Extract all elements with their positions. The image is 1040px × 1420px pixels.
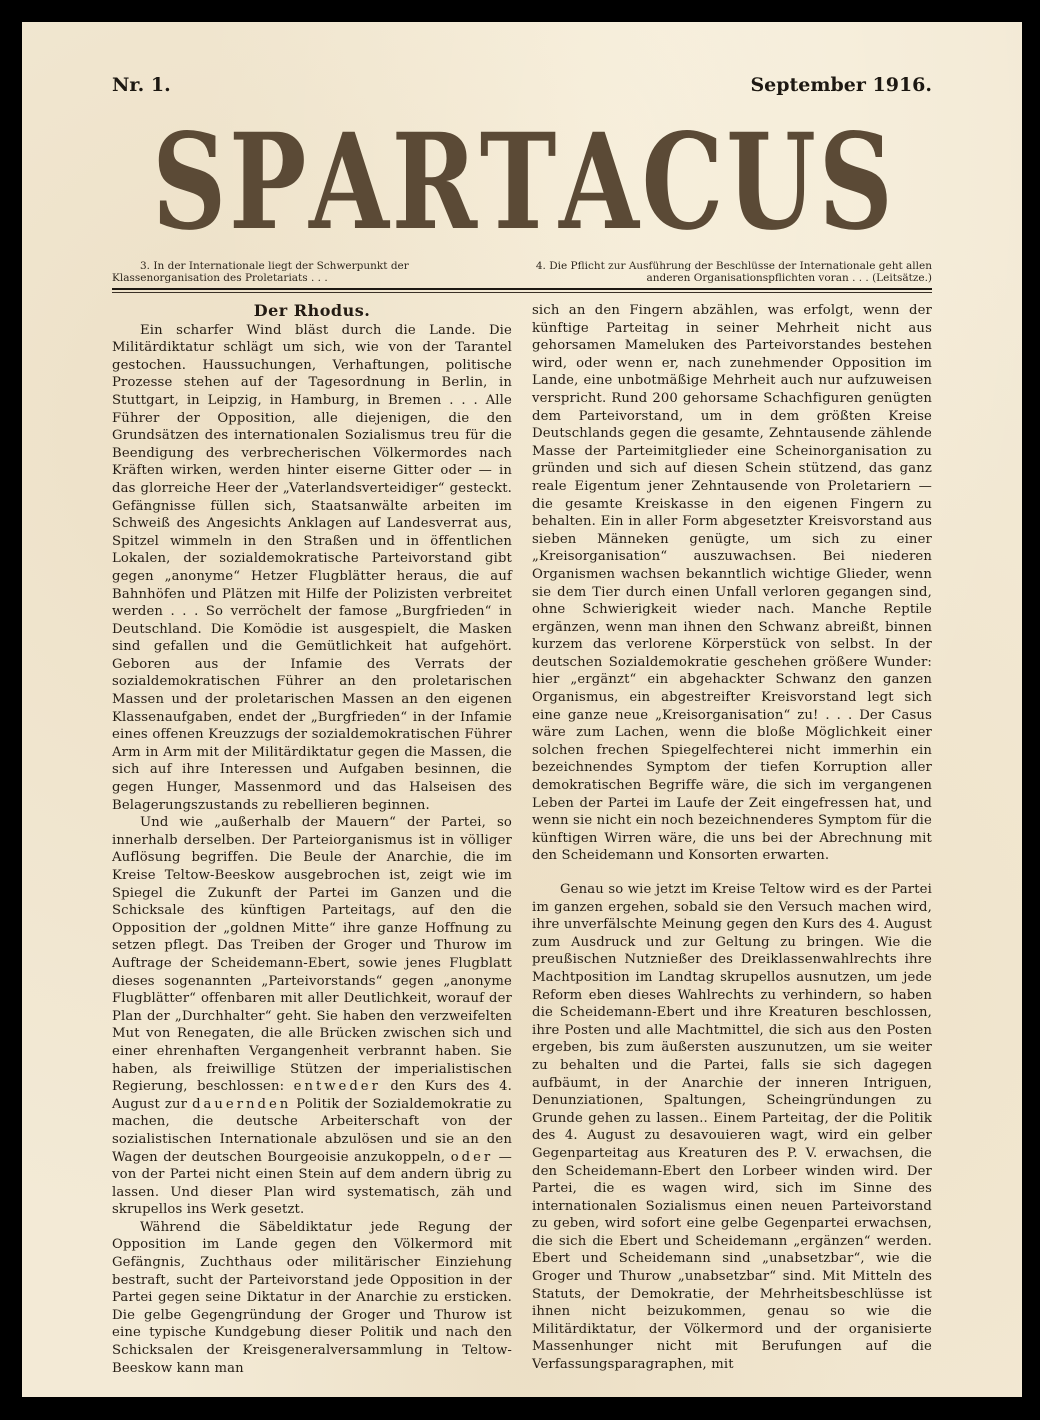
paragraph: Ein scharfer Wind bläst durch die Lande.… <box>112 322 512 815</box>
issue-date: September 1916. <box>750 74 932 96</box>
motto-right: 4. Die Pflicht zur Ausführung der Beschl… <box>532 260 932 284</box>
title-letter: A <box>309 105 389 260</box>
emphasis: entweder <box>294 1079 381 1094</box>
title-letter: S <box>152 105 226 260</box>
masthead-info: Nr. 1. September 1916. <box>112 74 932 96</box>
paragraph: Und wie „außerhalb der Mauern“ der Parte… <box>112 814 512 1219</box>
paragraph: sich an den Fingern abzählen, was erfolg… <box>532 302 932 865</box>
paragraph: Während die Säbeldiktatur jede Regung de… <box>112 1219 512 1377</box>
motto-left: 3. In der Internationale liegt der Schwe… <box>112 260 512 284</box>
title-letter: C <box>642 105 724 260</box>
title-letter: A <box>559 105 639 260</box>
title-letter: P <box>229 105 306 260</box>
newspaper-page: Nr. 1. September 1916. S P A R T A C U S… <box>22 22 1022 1397</box>
title-letter: R <box>392 105 478 260</box>
newspaper-title: S P A R T A C U S <box>152 112 893 252</box>
title-letter: S <box>819 105 893 260</box>
emphasis: dauernden <box>192 1097 291 1112</box>
paragraph: Genau so wie jetzt im Kreise Teltow wird… <box>532 881 932 1374</box>
mottos: 3. In der Internationale liegt der Schwe… <box>112 260 932 284</box>
article-title: Der Rhodus. <box>112 302 512 320</box>
title-letter: T <box>480 105 557 260</box>
emphasis: oder <box>451 1150 494 1165</box>
article-body: Der Rhodus. Ein scharfer Wind bläst durc… <box>112 302 932 1377</box>
masthead-rule <box>112 288 932 290</box>
title-letter: U <box>726 105 816 260</box>
issue-number: Nr. 1. <box>112 74 171 96</box>
column-left: Der Rhodus. Ein scharfer Wind bläst durc… <box>112 302 512 1377</box>
column-right: sich an den Fingern abzählen, was erfolg… <box>532 302 932 1377</box>
masthead-rule-thin <box>112 292 932 293</box>
